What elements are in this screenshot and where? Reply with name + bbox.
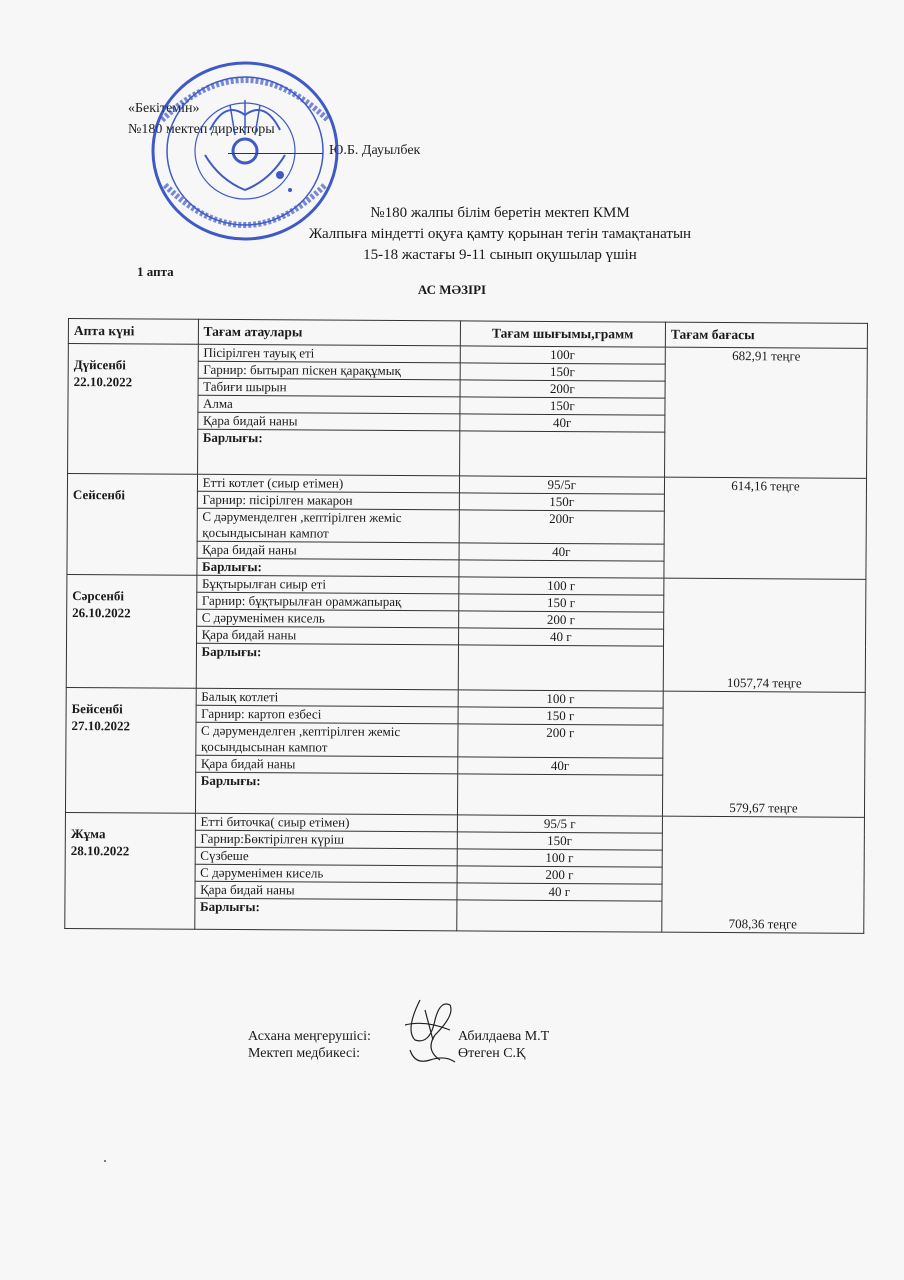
school-stamp-icon [150, 60, 340, 242]
day-name: Жұма [71, 825, 190, 843]
day-cell: Сейсенбі [67, 474, 197, 576]
day-cell: Бейсенбі27.10.2022 [65, 687, 195, 813]
column-header-dish: Тағам атаулары [198, 319, 460, 346]
dish-name-cell: Бұқтырылған сиыр еті [196, 575, 458, 594]
signature-role: Асхана меңгерушісі: [248, 1028, 458, 1045]
day-date: 28.10.2022 [71, 842, 190, 860]
price-cell: 708,36 теңге [662, 816, 865, 933]
portion-cell: 200г [459, 510, 665, 544]
day-date: 27.10.2022 [71, 717, 190, 735]
portion-cell: 200 г [458, 611, 663, 629]
day-cell: Дүйсенбі22.10.2022 [68, 344, 198, 475]
dish-name-cell: Сүзбеше [195, 847, 457, 866]
signature-name: Абилдаева М.Т [458, 1028, 549, 1045]
approval-line-3: Ю.Б. Дауылбек [329, 143, 420, 158]
dish-name-cell: Гарнир: картоп езбесі [196, 705, 458, 724]
portion-cell: 40г [459, 414, 664, 432]
signature-name: Өтеген С.Қ [458, 1045, 525, 1062]
price-cell: 1057,74 теңге [663, 578, 866, 692]
dish-name-cell: Гарнир:Бөктірілген күріш [195, 830, 457, 849]
dish-name-cell: Гарнир: бытырап піскен қарақұмық [198, 361, 460, 380]
total-label: Барлығы: [195, 772, 457, 815]
menu-table-body: Дүйсенбі22.10.2022Пісірілген тауық еті10… [65, 344, 868, 934]
day-date: 22.10.2022 [74, 373, 193, 391]
portion-cell: 150г [457, 832, 662, 850]
portion-cell: 40г [459, 543, 664, 561]
portion-cell: 95/5г [459, 476, 664, 494]
dish-name-cell: Етті котлет (сиыр етімен) [197, 474, 459, 493]
dish-name-cell: С дәруменделген ,кептірілген жеміс қосын… [197, 508, 459, 543]
dish-name-cell: С дәруменімен кисель [195, 864, 457, 883]
portion-cell: 200 г [457, 724, 663, 758]
header-line-2: Жалпыға міндетті оқуға қамту қорынан тег… [280, 224, 720, 245]
dish-name-cell: Қара бидай наны [197, 541, 459, 560]
day-cell: Сәрсенбі26.10.2022 [66, 574, 196, 688]
price-cell: 614,16 теңге [664, 477, 867, 579]
portion-cell: 100 г [458, 577, 663, 595]
dish-name-cell: Қара бидай наны [196, 626, 458, 645]
dish-name-cell: Табиғи шырын [198, 378, 460, 397]
total-label: Барлығы: [194, 898, 456, 931]
dish-name-cell: Қара бидай наны [195, 881, 457, 900]
total-portion-cell [458, 645, 664, 691]
signature-role: Мектеп медбикесі: [248, 1045, 458, 1062]
portion-cell: 40 г [457, 883, 662, 901]
day-name: Бейсенбі [72, 700, 191, 718]
dish-name-cell: С дәруменімен кисель [196, 609, 458, 628]
document-page: «Бекітемін» №180 мектеп директоры Ю.Б. Д… [0, 0, 904, 1280]
dish-name-cell: Балық котлеті [196, 688, 458, 707]
total-portion-cell [456, 900, 662, 932]
column-header-price: Тағам бағасы [665, 322, 867, 348]
column-header-day: Апта күні [68, 319, 198, 345]
portion-cell: 100 г [457, 849, 662, 867]
portion-cell: 40 г [458, 628, 663, 646]
total-portion-cell [459, 431, 665, 477]
total-portion-cell [459, 560, 664, 578]
signature-row: Асхана меңгерушісі: Абилдаева М.Т [248, 1028, 549, 1045]
portion-cell: 150г [460, 397, 665, 415]
menu-table: Апта күні Тағам атаулары Тағам шығымы,гр… [64, 318, 868, 934]
day-name: Дүйсенбі [74, 356, 193, 374]
signature-row: Мектеп медбикесі: Өтеген С.Қ [248, 1045, 549, 1062]
portion-cell: 150 г [458, 594, 663, 612]
total-label: Барлығы: [197, 558, 459, 577]
document-header: №180 жалпы білім беретін мектеп КММ Жалп… [280, 203, 720, 266]
day-name: Сәрсенбі [72, 587, 191, 605]
portion-cell: 100г [460, 346, 665, 364]
portion-cell: 150г [459, 493, 664, 511]
dish-name-cell: Қара бидай наны [195, 755, 457, 774]
signature-block: Асхана меңгерушісі: Абилдаева М.Т Мектеп… [248, 1028, 549, 1062]
header-line-1: №180 жалпы білім беретін мектеп КММ [280, 203, 720, 224]
week-label: 1 апта [137, 264, 174, 280]
total-label: Барлығы: [197, 429, 459, 476]
price-cell: 579,67 теңге [662, 691, 865, 817]
dish-name-cell: Гарнир: бұқтырылған орамжапырақ [196, 592, 458, 611]
menu-title: АС МӘЗІРІ [0, 282, 904, 298]
dish-name-cell: Гарнир: пісірілген макарон [197, 491, 459, 510]
portion-cell: 95/5 г [457, 815, 662, 833]
dish-name-cell: Етті биточка( сиыр етімен) [195, 813, 457, 832]
dish-name-cell: С дәруменделген ,кептірілген жеміс қосын… [195, 722, 457, 757]
column-header-portion: Тағам шығымы,грамм [460, 321, 666, 347]
day-date: 26.10.2022 [72, 604, 191, 622]
total-label: Барлығы: [196, 643, 458, 690]
portion-cell: 200г [460, 380, 665, 398]
dish-name-cell: Алма [198, 395, 460, 414]
portion-cell: 200 г [457, 866, 662, 884]
header-line-3: 15-18 жастағы 9-11 сынып оқушылар үшін [280, 245, 720, 266]
portion-cell: 100 г [458, 690, 663, 708]
total-portion-cell [457, 774, 663, 816]
scan-speck [104, 1160, 106, 1162]
day-name: Сейсенбі [73, 486, 192, 504]
day-cell: Жұма28.10.2022 [65, 812, 195, 929]
dish-name-cell: Пісірілген тауық еті [198, 344, 460, 363]
portion-cell: 150г [460, 363, 665, 381]
portion-cell: 150 г [458, 707, 663, 725]
dish-name-cell: Қара бидай наны [197, 412, 459, 431]
price-cell: 682,91 теңге [665, 347, 868, 478]
portion-cell: 40г [457, 757, 662, 775]
